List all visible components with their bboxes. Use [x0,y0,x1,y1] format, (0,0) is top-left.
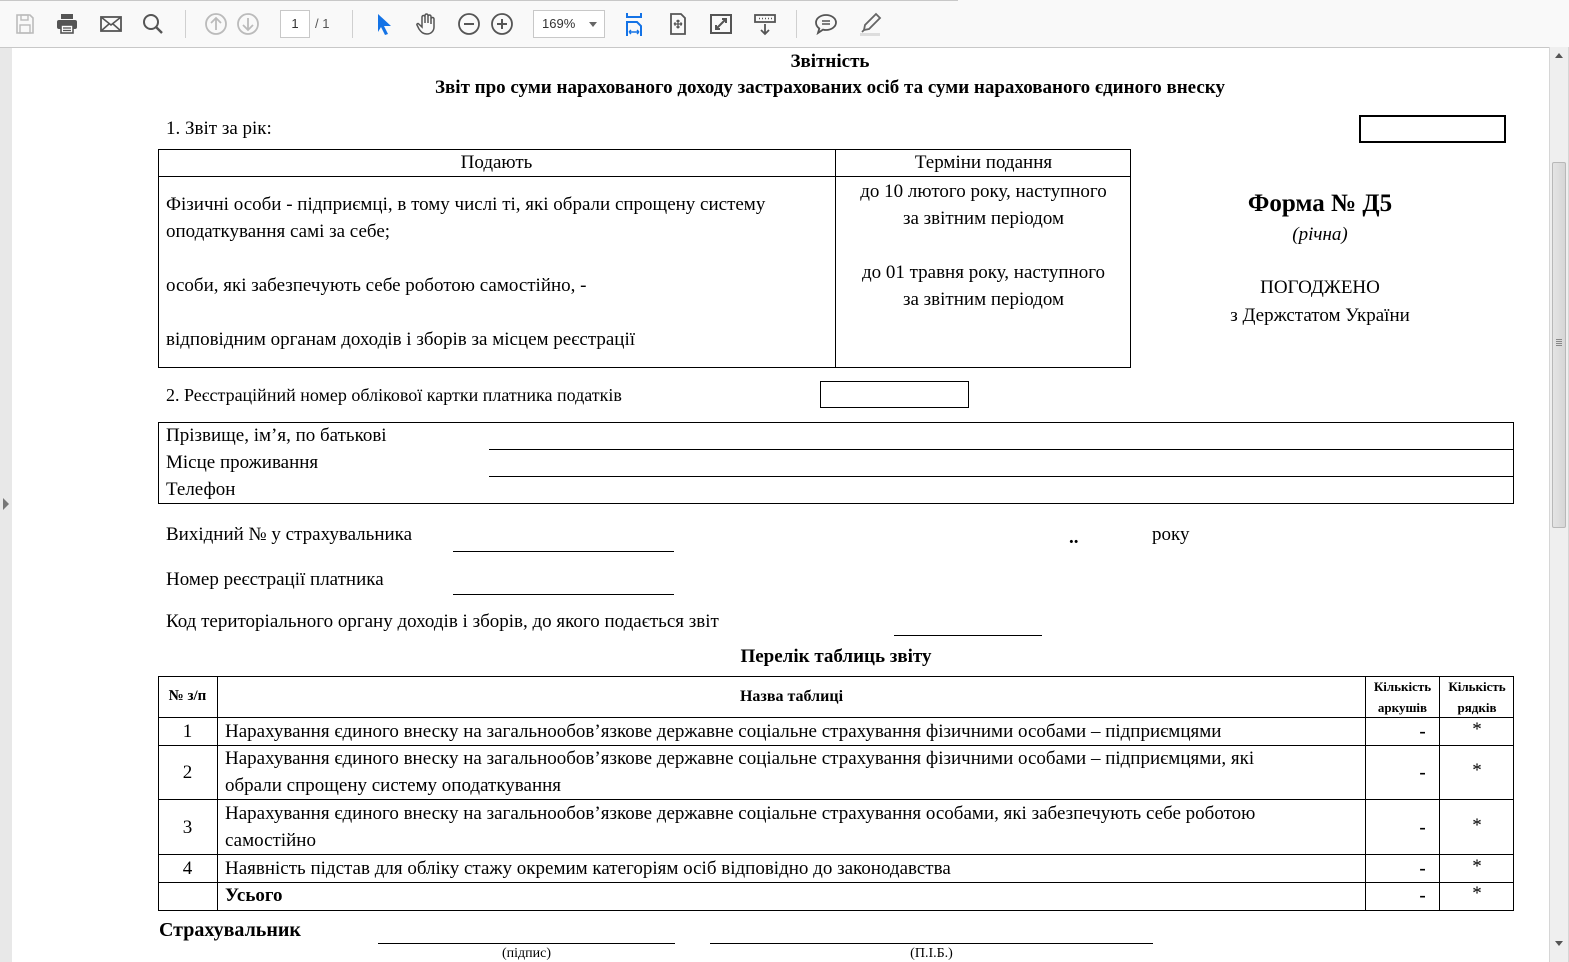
phone-label: Телефон [166,479,235,501]
form-number-title: Форма № Д5 [1170,190,1470,218]
save-icon [13,12,37,36]
zoom-in-button[interactable] [488,10,516,38]
table-divider [158,717,1514,718]
row-2-lines: * [1440,760,1514,782]
select-tool-button[interactable] [370,10,398,38]
deadline-line-3: до 01 травня року, наступного [836,262,1131,284]
zoom-out-icon [457,12,481,36]
deadline-line-1: до 10 лютого року, наступного [836,181,1131,203]
scrollbar-thumb[interactable] [1552,162,1566,528]
approved-label: ПОГОДЖЕНО [1170,277,1470,299]
territorial-code-label: Код територіального органу доходів і збо… [166,611,719,633]
deadline-line-2: за звітним періодом [836,208,1131,230]
table-divider [217,676,218,911]
full-name-field[interactable] [489,449,1514,450]
address-field[interactable] [489,476,1514,477]
report-year-field[interactable] [1359,115,1506,143]
email-icon [99,12,123,36]
approved-by-label: з Держстатом України [1170,305,1470,327]
signature-caption: (підпис) [378,946,675,962]
table-divider [158,745,1514,746]
insurer-label: Страхувальник [159,919,301,942]
fit-width-button[interactable] [620,10,648,38]
page-down-icon [236,12,260,36]
outgoing-date-dots: .. [1069,527,1079,549]
total-row-lines: * [1440,883,1514,905]
pdf-page: Звітність Звіт про суми нарахованого дох… [12,48,1549,962]
address-label: Місце проживання [166,452,318,474]
row-3-name-continued: самостійно [225,830,316,852]
tax-id-field[interactable] [820,381,969,408]
tax-id-label: 2. Реєстраційний номер облікової картки … [166,385,622,406]
submitters-line-2: оподаткування самі за себе; [166,221,390,243]
comment-button[interactable] [812,10,840,38]
email-button[interactable] [97,10,125,38]
column-header-rows-2: рядків [1440,700,1514,716]
scroll-grip-icon [1556,339,1562,340]
toolbar: 1 / 1 169% [0,0,1569,48]
full-name-label: Прізвище, ім’я, по батькові [166,425,387,447]
page-total-label: / 1 [315,10,329,38]
row-4-name: Наявність підстав для обліку стажу окрем… [225,858,951,880]
fit-page-icon [666,12,690,36]
territorial-code-field[interactable] [894,635,1042,636]
row-2-name-continued: обрали спрощену систему оподаткування [225,775,561,797]
print-button[interactable] [53,10,81,38]
highlight-icon [858,12,882,36]
row-2-name: Нарахування єдиного внеску на загальнооб… [225,748,1254,770]
toolbar-separator [352,10,353,38]
form-period-subtitle: (річна) [1170,224,1470,246]
payer-registration-label: Номер реєстрації платника [166,569,384,591]
row-1-lines: * [1440,719,1514,741]
full-screen-icon [709,12,733,36]
total-row-label: Усього [225,885,283,907]
outgoing-number-field[interactable] [453,551,674,552]
payer-registration-field[interactable] [453,594,674,595]
zoom-in-icon [490,12,514,36]
chevron-down-icon [589,22,597,27]
row-1-number: 1 [158,721,217,743]
toolbar-top-border [0,0,958,1]
column-header-sheets-1: Кількість [1366,679,1439,695]
submitters-line-1: Фізичні особи - підприємці, в тому числі… [166,194,765,216]
full-screen-button[interactable] [707,10,735,38]
print-icon [55,12,79,36]
submitters-line-4: відповідним органам доходів і зборів за … [166,329,635,351]
page-up-icon [204,12,228,36]
table-divider [158,882,1514,883]
full-name-caption: (П.І.Б.) [710,946,1153,962]
scroll-down-arrow-icon[interactable] [1555,941,1563,946]
toolbar-separator [185,10,186,38]
hand-tool-icon [415,12,439,36]
row-2-number: 2 [158,762,217,784]
fit-width-icon [622,12,646,36]
table-divider [158,854,1514,855]
outgoing-year-suffix: року [1152,524,1189,546]
scroll-mode-button[interactable] [751,10,779,38]
previous-page-button[interactable] [202,10,230,38]
signature-field[interactable] [378,943,675,944]
row-1-name: Нарахування єдиного внеску на загальнооб… [225,721,1221,743]
scroll-up-arrow-icon[interactable] [1555,53,1563,58]
zoom-level-value: 169% [542,11,575,37]
search-button[interactable] [139,10,167,38]
column-header-rows-1: Кількість [1440,679,1514,695]
deadline-line-4: за звітним періодом [836,289,1131,311]
row-4-number: 4 [158,858,217,880]
next-page-button[interactable] [234,10,262,38]
tables-list-title: Перелік таблиць звіту [158,646,1514,668]
outgoing-number-label: Вихідний № у страхувальника [166,524,412,546]
row-3-lines: * [1440,815,1514,837]
comment-icon [814,12,838,36]
column-header-table-name: Назва таблиці [218,688,1365,706]
column-header-number: № з/п [158,688,217,705]
save-button[interactable] [11,10,39,38]
document-heading: Звітність [12,51,1549,73]
zoom-out-button[interactable] [455,10,483,38]
zoom-level-select[interactable]: 169% [533,10,605,38]
table-divider [158,799,1514,800]
table-divider [158,176,1131,177]
expand-panel-arrow-icon[interactable] [3,498,9,510]
row-3-name: Нарахування єдиного внеску на загальнооб… [225,803,1255,825]
report-year-label: 1. Звіт за рік: [166,118,272,140]
column-header-deadlines: Терміни подання [836,152,1131,174]
page-number-input[interactable]: 1 [280,10,310,38]
row-3-number: 3 [158,817,217,839]
vertical-scrollbar[interactable] [1549,47,1569,962]
toolbar-separator [796,10,797,38]
full-name-signature-field[interactable] [710,943,1153,944]
submitters-line-3: особи, які забезпечують себе роботою сам… [166,275,587,297]
select-cursor-icon [372,12,396,36]
search-icon [141,12,165,36]
row-4-lines: * [1440,856,1514,878]
highlight-button[interactable] [856,10,884,38]
document-subheading: Звіт про суми нарахованого доходу застра… [12,77,1549,99]
fit-page-button[interactable] [664,10,692,38]
column-header-submitters: Подають [158,152,835,174]
navigation-pane-rail [0,48,12,962]
hand-tool-button[interactable] [413,10,441,38]
scroll-mode-icon [753,12,777,36]
column-header-sheets-2: аркушів [1366,700,1439,716]
